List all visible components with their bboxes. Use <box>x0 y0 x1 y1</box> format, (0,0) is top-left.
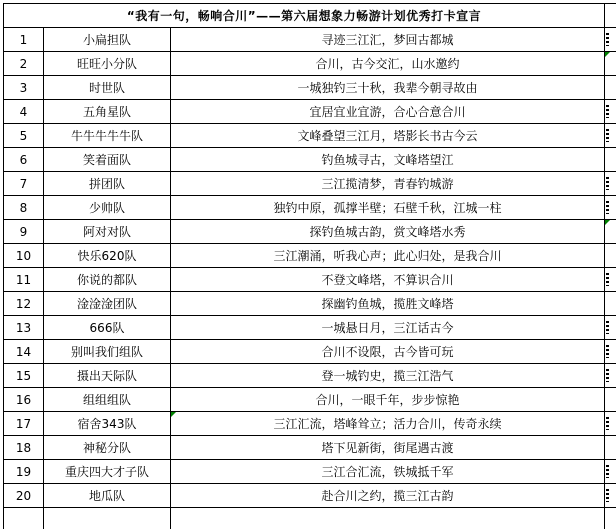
cell-team-2[interactable]: 旺旺小分队 <box>44 52 171 76</box>
page-title[interactable]: “我有一句，畅响合川”——第六届想象力畅游计划优秀打卡宣言 <box>4 4 605 28</box>
cell-rownum-14[interactable]: 14 <box>4 340 44 364</box>
cell-rownum-8[interactable]: 8 <box>4 196 44 220</box>
clipped-text-fragment <box>606 345 609 358</box>
clipped-cell-14[interactable] <box>605 340 616 364</box>
cell-rownum-4[interactable]: 4 <box>4 100 44 124</box>
clipped-cell-5[interactable] <box>605 124 616 148</box>
partial-cell[interactable] <box>605 508 616 529</box>
clipped-text-fragment <box>606 321 609 334</box>
clipped-text-fragment <box>606 129 609 142</box>
cell-rownum-1[interactable]: 1 <box>4 28 44 52</box>
table-row: 1小扁担队寻迹三江汇，梦回古都城 <box>4 28 616 52</box>
table-row: 14别叫我们组队合川不设限，古今皆可玩 <box>4 340 616 364</box>
cell-rownum-18[interactable]: 18 <box>4 436 44 460</box>
clipped-text-fragment <box>606 489 609 502</box>
cell-slogan-6[interactable]: 钓鱼城寻古，文峰塔望江 <box>171 148 605 172</box>
clipped-cell-18[interactable] <box>605 436 616 460</box>
cell-slogan-14[interactable]: 合川不设限，古今皆可玩 <box>171 340 605 364</box>
cell-rownum-9[interactable]: 9 <box>4 220 44 244</box>
partial-cell[interactable] <box>44 508 171 529</box>
cell-rownum-7[interactable]: 7 <box>4 172 44 196</box>
table-row: 13666队一城悬日月，三江话古今 <box>4 316 616 340</box>
table-row: 17宿舍343队三江汇流，塔峰耸立；活力合川，传奇永续 <box>4 412 616 436</box>
error-flag-icon <box>171 412 176 417</box>
clipped-cell-3[interactable] <box>605 76 616 100</box>
clipped-cell-17[interactable] <box>605 412 616 436</box>
table-row: 5牛牛牛牛牛队文峰叠望三江月，塔影长书古今云 <box>4 124 616 148</box>
clipped-cell-12[interactable] <box>605 292 616 316</box>
cell-team-15[interactable]: 摄出天际队 <box>44 364 171 388</box>
spreadsheet-canvas: “我有一句，畅响合川”——第六届想象力畅游计划优秀打卡宣言 1小扁担队寻迹三江汇… <box>0 0 616 529</box>
cell-team-12[interactable]: 淦淦淦团队 <box>44 292 171 316</box>
clipped-text-fragment <box>606 417 609 430</box>
clipped-cell-1[interactable] <box>605 28 616 52</box>
cell-slogan-5[interactable]: 文峰叠望三江月，塔影长书古今云 <box>171 124 605 148</box>
cell-team-17[interactable]: 宿舍343队 <box>44 412 171 436</box>
cell-slogan-17[interactable]: 三江汇流，塔峰耸立；活力合川，传奇永续 <box>171 412 605 436</box>
clipped-text-fragment <box>606 465 609 478</box>
table-row: 3时世队一城独钓三十秋，我辈今朝寻故由 <box>4 76 616 100</box>
cell-team-14[interactable]: 别叫我们组队 <box>44 340 171 364</box>
cell-team-11[interactable]: 你说的都队 <box>44 268 171 292</box>
cell-rownum-3[interactable]: 3 <box>4 76 44 100</box>
cell-slogan-2[interactable]: 合川，古今交汇，山水邀约 <box>171 52 605 76</box>
clipped-cell-7[interactable] <box>605 172 616 196</box>
title-row: “我有一句，畅响合川”——第六届想象力畅游计划优秀打卡宣言 <box>4 4 616 28</box>
clipped-text-fragment <box>606 369 609 382</box>
cell-rownum-2[interactable]: 2 <box>4 52 44 76</box>
partial-cell[interactable] <box>171 508 605 529</box>
clipped-text-fragment <box>606 33 609 46</box>
cell-slogan-8[interactable]: 独钓中原，孤撑半壁；石壁千秋，江城一柱 <box>171 196 605 220</box>
cell-slogan-18[interactable]: 塔下见新街，街尾遇古渡 <box>171 436 605 460</box>
clipped-cell-16[interactable] <box>605 388 616 412</box>
table-row: 19重庆四大才子队三江合汇流，铁城抵千军 <box>4 460 616 484</box>
clipped-cell-15[interactable] <box>605 364 616 388</box>
cell-slogan-20[interactable]: 赴合川之约，揽三江古韵 <box>171 484 605 508</box>
cell-team-19[interactable]: 重庆四大才子队 <box>44 460 171 484</box>
cell-team-9[interactable]: 阿对对队 <box>44 220 171 244</box>
cell-team-18[interactable]: 神秘分队 <box>44 436 171 460</box>
cell-rownum-5[interactable]: 5 <box>4 124 44 148</box>
cell-rownum-12[interactable]: 12 <box>4 292 44 316</box>
table-row: 2旺旺小分队合川，古今交汇，山水邀约 <box>4 52 616 76</box>
clipped-text-fragment <box>606 105 609 118</box>
clipped-cell-title[interactable] <box>605 4 616 28</box>
cell-team-10[interactable]: 快乐620队 <box>44 244 171 268</box>
cell-team-8[interactable]: 少帅队 <box>44 196 171 220</box>
table-row: 10快乐620队三江潮涌，听我心声；此心归处，是我合川 <box>4 244 616 268</box>
cell-team-13[interactable]: 666队 <box>44 316 171 340</box>
cell-rownum-6[interactable]: 6 <box>4 148 44 172</box>
table-row: 20地瓜队赴合川之约，揽三江古韵 <box>4 484 616 508</box>
clipped-text-fragment <box>606 273 609 286</box>
cell-slogan-4[interactable]: 宜居宜业宜游，合心合意合川 <box>171 100 605 124</box>
cell-slogan-9[interactable]: 探钓鱼城古韵，赏文峰塔水秀 <box>171 220 605 244</box>
cell-rownum-16[interactable]: 16 <box>4 388 44 412</box>
cell-rownum-17[interactable]: 17 <box>4 412 44 436</box>
cell-team-3[interactable]: 时世队 <box>44 76 171 100</box>
clipped-cell-11[interactable] <box>605 268 616 292</box>
cell-team-20[interactable]: 地瓜队 <box>44 484 171 508</box>
cell-slogan-15[interactable]: 登一城钓史，揽三江浩气 <box>171 364 605 388</box>
cell-slogan-19[interactable]: 三江合汇流，铁城抵千军 <box>171 460 605 484</box>
error-flag-icon <box>605 52 610 57</box>
clipped-cell-4[interactable] <box>605 100 616 124</box>
clipped-cell-20[interactable] <box>605 484 616 508</box>
table-row: 18神秘分队塔下见新街，街尾遇古渡 <box>4 436 616 460</box>
table-row: 9阿对对队探钓鱼城古韵，赏文峰塔水秀 <box>4 220 616 244</box>
clipped-cell-9[interactable] <box>605 220 616 244</box>
slogan-table: “我有一句，畅响合川”——第六届想象力畅游计划优秀打卡宣言 1小扁担队寻迹三江汇… <box>3 3 616 529</box>
clipped-cell-13[interactable] <box>605 316 616 340</box>
clipped-cell-6[interactable] <box>605 148 616 172</box>
table-row: 8少帅队独钓中原，孤撑半壁；石壁千秋，江城一柱 <box>4 196 616 220</box>
cell-slogan-7[interactable]: 三江揽清梦，青春钓城游 <box>171 172 605 196</box>
cell-team-5[interactable]: 牛牛牛牛牛队 <box>44 124 171 148</box>
cell-team-6[interactable]: 笑着面队 <box>44 148 171 172</box>
cell-slogan-11[interactable]: 不登文峰塔，不算识合川 <box>171 268 605 292</box>
table-row: 15摄出天际队登一城钓史，揽三江浩气 <box>4 364 616 388</box>
cell-rownum-20[interactable]: 20 <box>4 484 44 508</box>
cell-rownum-15[interactable]: 15 <box>4 364 44 388</box>
cell-rownum-19[interactable]: 19 <box>4 460 44 484</box>
cell-slogan-13[interactable]: 一城悬日月，三江话古今 <box>171 316 605 340</box>
cell-slogan-3[interactable]: 一城独钓三十秋，我辈今朝寻故由 <box>171 76 605 100</box>
table-row: 6笑着面队钓鱼城寻古，文峰塔望江 <box>4 148 616 172</box>
table-row: 11你说的都队不登文峰塔，不算识合川 <box>4 268 616 292</box>
cell-slogan-12[interactable]: 探幽钓鱼城，揽胜文峰塔 <box>171 292 605 316</box>
cell-team-7[interactable]: 拼团队 <box>44 172 171 196</box>
error-flag-icon <box>605 220 610 225</box>
table-row: 12淦淦淦团队探幽钓鱼城，揽胜文峰塔 <box>4 292 616 316</box>
cell-team-4[interactable]: 五角星队 <box>44 100 171 124</box>
partial-bottom-row <box>4 508 616 529</box>
cell-slogan-10[interactable]: 三江潮涌，听我心声；此心归处，是我合川 <box>171 244 605 268</box>
clipped-cell-19[interactable] <box>605 460 616 484</box>
clipped-text-fragment <box>606 201 609 214</box>
cell-rownum-13[interactable]: 13 <box>4 316 44 340</box>
cell-team-16[interactable]: 组组组队 <box>44 388 171 412</box>
partial-cell[interactable] <box>4 508 44 529</box>
clipped-cell-10[interactable] <box>605 244 616 268</box>
table-row: 4五角星队宜居宜业宜游，合心合意合川 <box>4 100 616 124</box>
table-row: 16组组组队合川，一眼千年，步步惊艳 <box>4 388 616 412</box>
cell-rownum-10[interactable]: 10 <box>4 244 44 268</box>
table-row: 7拼团队三江揽清梦，青春钓城游 <box>4 172 616 196</box>
clipped-cell-2[interactable] <box>605 52 616 76</box>
cell-slogan-16[interactable]: 合川，一眼千年，步步惊艳 <box>171 388 605 412</box>
clipped-text-fragment <box>606 177 609 190</box>
cell-rownum-11[interactable]: 11 <box>4 268 44 292</box>
clipped-cell-8[interactable] <box>605 196 616 220</box>
cell-slogan-1[interactable]: 寻迹三江汇，梦回古都城 <box>171 28 605 52</box>
cell-team-1[interactable]: 小扁担队 <box>44 28 171 52</box>
